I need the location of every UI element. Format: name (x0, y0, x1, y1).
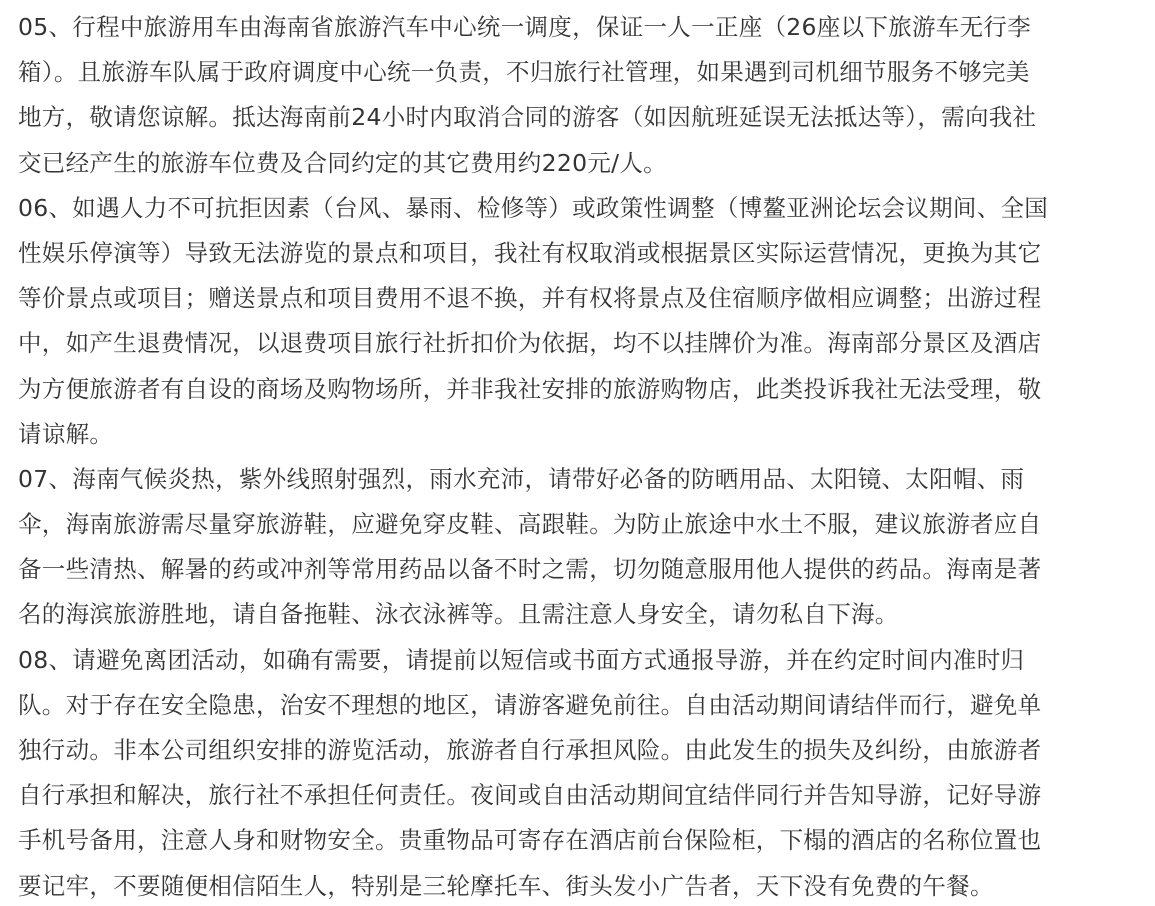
paragraph-line: 独行动。非本公司组织安排的游览活动，旅游者自行承担风险。由此发生的损失及纠纷，由… (18, 728, 1155, 773)
paragraph-line: 07、海南气候炎热，紫外线照射强烈，雨水充沛，请带好必备的防晒用品、太阳镜、太阳… (18, 457, 1155, 502)
paragraph-line: 名的海滨旅游胜地，请自备拖鞋、泳衣泳裤等。且需注意人身安全，请勿私自下海。 (18, 592, 1155, 637)
paragraph-line: 为方便旅游者有自设的商场及购物场所，并非我社安排的旅游购物店，此类投诉我社无法受… (18, 367, 1155, 412)
paragraph-line: 06、如遇人力不可抗拒因素（台风、暴雨、检修等）或政策性调整（博鳌亚洲论坛会议期… (18, 186, 1155, 231)
paragraph-line: 地方，敬请您谅解。抵达海南前24小时内取消合同的游客（如因航班延误无法抵达等），… (18, 95, 1155, 140)
notice-paragraph-05: 05、行程中旅游用车由海南省旅游汽车中心统一调度，保证一人一正座（26座以下旅游… (18, 5, 1155, 186)
paragraph-line: 自行承担和解决，旅行社不承担任何责任。夜间或自由活动期间宜结伴同行并告知导游，记… (18, 773, 1155, 818)
paragraph-line: 箱）。且旅游车队属于政府调度中心统一负责，不归旅行社管理，如果遇到司机细节服务不… (18, 50, 1155, 95)
paragraph-line: 05、行程中旅游用车由海南省旅游汽车中心统一调度，保证一人一正座（26座以下旅游… (18, 5, 1155, 50)
paragraph-line: 中，如产生退费情况，以退费项目旅行社折扣价为依据，均不以挂牌价为准。海南部分景区… (18, 321, 1155, 366)
paragraph-line: 交已经产生的旅游车位费及合同约定的其它费用约220元/人。 (18, 141, 1155, 186)
paragraph-line: 等价景点或项目；赠送景点和项目费用不退不换，并有权将景点及住宿顺序做相应调整；出… (18, 276, 1155, 321)
paragraph-line: 队。对于存在安全隐患，治安不理想的地区，请游客避免前往。自由活动期间请结伴而行，… (18, 683, 1155, 728)
paragraph-line: 要记牢，不要随便相信陌生人，特别是三轮摩托车、街头发小广告者，天下没有免费的午餐… (18, 864, 1155, 906)
paragraph-line: 伞，海南旅游需尽量穿旅游鞋，应避免穿皮鞋、高跟鞋。为防止旅途中水土不服，建议旅游… (18, 502, 1155, 547)
paragraph-line: 请谅解。 (18, 412, 1155, 457)
travel-notice-document: 05、行程中旅游用车由海南省旅游汽车中心统一调度，保证一人一正座（26座以下旅游… (0, 0, 1155, 906)
notice-paragraph-06: 06、如遇人力不可抗拒因素（台风、暴雨、检修等）或政策性调整（博鳌亚洲论坛会议期… (18, 186, 1155, 457)
paragraph-line: 08、请避免离团活动，如确有需要，请提前以短信或书面方式通报导游，并在约定时间内… (18, 638, 1155, 683)
paragraph-line: 备一些清热、解暑的药或冲剂等常用药品以备不时之需，切勿随意服用他人提供的药品。海… (18, 547, 1155, 592)
paragraph-line: 性娱乐停演等）导致无法游览的景点和项目，我社有权取消或根据景区实际运营情况，更换… (18, 231, 1155, 276)
paragraph-line: 手机号备用，注意人身和财物安全。贵重物品可寄存在酒店前台保险柜，下榻的酒店的名称… (18, 818, 1155, 863)
notice-paragraph-07: 07、海南气候炎热，紫外线照射强烈，雨水充沛，请带好必备的防晒用品、太阳镜、太阳… (18, 457, 1155, 638)
notice-paragraph-08: 08、请避免离团活动，如确有需要，请提前以短信或书面方式通报导游，并在约定时间内… (18, 638, 1155, 906)
